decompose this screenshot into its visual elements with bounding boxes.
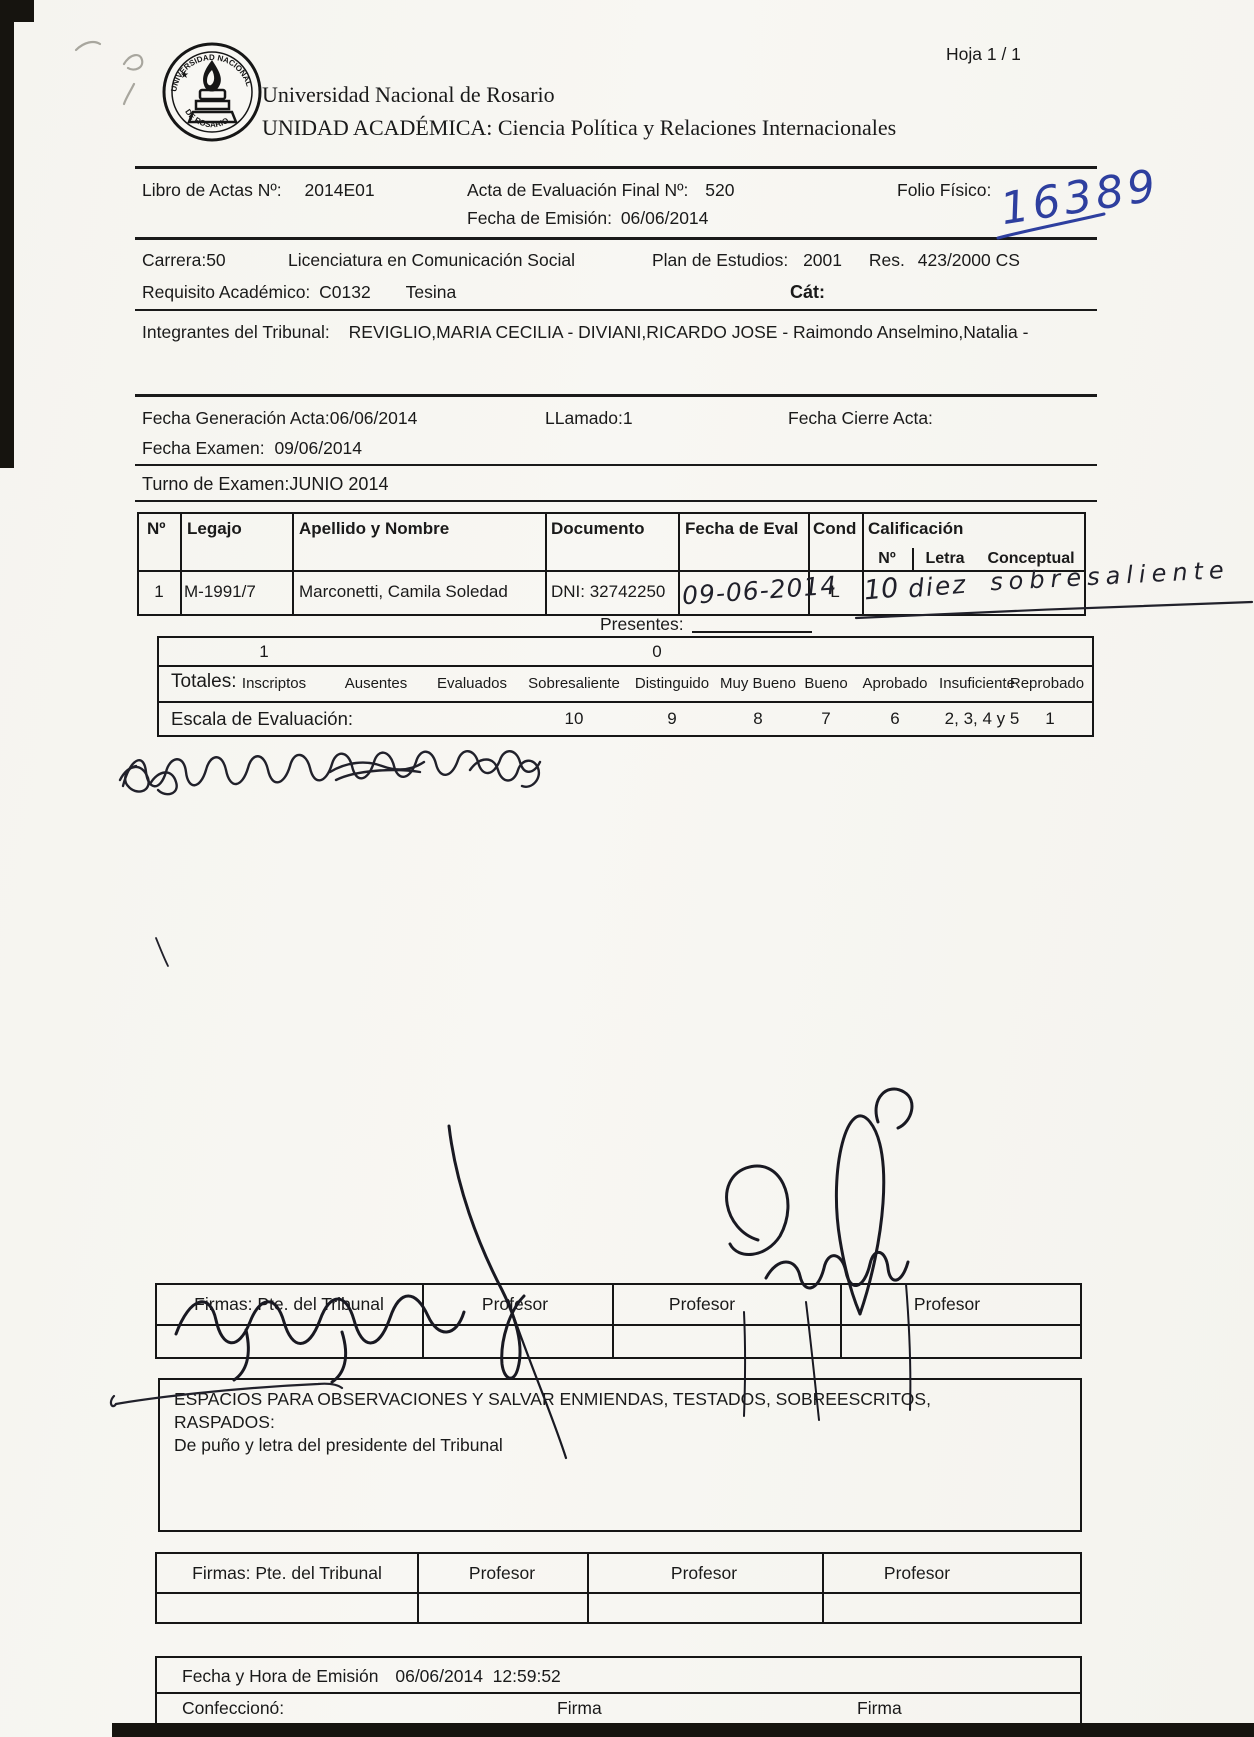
totales-col-reprobado: Reprobado xyxy=(1010,675,1084,692)
page-number: Hoja 1 / 1 xyxy=(946,44,1021,65)
col-header-legajo: Legajo xyxy=(187,519,242,539)
escala-valor-reprobado: 1 xyxy=(1045,709,1054,729)
row-documento: DNI: 32742250 xyxy=(551,582,665,602)
col-header-calificacion: Calificación xyxy=(868,519,963,539)
fecha-emision-value: 06/06/2014 xyxy=(621,208,709,228)
scan-edge-corner xyxy=(0,0,34,22)
presentes-underline xyxy=(692,631,812,633)
firmas-profesor-label: Profesor xyxy=(884,1563,950,1584)
llamado-value: 1 xyxy=(623,408,633,428)
fecha-cierre-label: Fecha Cierre Acta: xyxy=(788,408,933,429)
totales-col-insuficiente: Insuficiente xyxy=(939,675,1015,692)
emision-midline xyxy=(157,1692,1080,1694)
rule-e xyxy=(135,464,1097,466)
rule-f xyxy=(135,500,1097,502)
table-divider xyxy=(292,514,294,614)
col-header-fecha: Fecha de Eval xyxy=(685,519,798,539)
scan-edge-bottom xyxy=(112,1723,1254,1737)
fecha-examen: Fecha Examen: 09/06/2014 xyxy=(142,438,362,459)
firma-label: Firma xyxy=(557,1698,602,1719)
requisito-name: Tesina xyxy=(406,282,457,302)
firmas-table-1: Firmas: Pte. del Tribunal Profesor Profe… xyxy=(155,1283,1082,1359)
tribunal-members: REVIGLIO,MARIA CECILIA - DIVIANI,RICARDO… xyxy=(349,322,1029,342)
totales-col-inscriptos: Inscriptos xyxy=(242,675,306,692)
signature-right xyxy=(727,1089,912,1420)
llamado-label: LLamado: xyxy=(545,408,623,428)
turno-examen-label: Turno de Examen: xyxy=(142,474,289,494)
escala-valor-bueno: 7 xyxy=(821,709,830,729)
row-calif-letra-handwritten: diez xyxy=(907,569,969,603)
fecha-examen-value: 09/06/2014 xyxy=(274,438,362,458)
escala-valor-distinguido: 9 xyxy=(667,709,676,729)
firmas-divider xyxy=(422,1285,424,1357)
tribunal: Integrantes del Tribunal: REVIGLIO,MARIA… xyxy=(142,322,1028,343)
folio-fisico-label: Folio Físico: xyxy=(897,180,991,201)
rule-b xyxy=(135,237,1097,240)
emision-fecha-hora-value: 06/06/2014 12:59:52 xyxy=(395,1666,560,1686)
table-divider xyxy=(180,514,182,614)
margin-line-hook xyxy=(111,1396,116,1406)
fecha-generacion-value: 06/06/2014 xyxy=(330,408,418,428)
observaciones-box: ESPACIOS PARA OBSERVACIONES Y SALVAR ENM… xyxy=(158,1378,1082,1532)
totales-col-evaluados: Evaluados xyxy=(437,675,507,692)
requisito: Requisito Académico: C0132 Tesina xyxy=(142,282,456,303)
totales-label: Totales: xyxy=(171,671,236,693)
stray-tick xyxy=(156,938,168,966)
catedra-label: Cát: xyxy=(790,282,825,303)
turno-examen-value: JUNIO 2014 xyxy=(289,474,388,494)
row-n: 1 xyxy=(154,582,163,602)
col-header-calif-n: Nº xyxy=(878,550,895,568)
firmas-table-2: Firmas: Pte. del Tribunal Profesor Profe… xyxy=(155,1552,1082,1624)
col-header-n: Nº xyxy=(147,519,166,539)
emision-fecha-hora: Fecha y Hora de Emisión 06/06/2014 12:59… xyxy=(182,1666,561,1687)
escala-valor-muy-bueno: 8 xyxy=(753,709,762,729)
escala-valor-insuficiente: 2, 3, 4 y 5 xyxy=(945,709,1020,729)
firmas-midline xyxy=(157,1592,1080,1594)
summary-box: 1 0 Totales: Inscriptos Ausentes Evaluad… xyxy=(157,636,1094,737)
firmas-divider xyxy=(612,1285,614,1357)
firmas-divider xyxy=(822,1554,824,1622)
fecha-generacion: Fecha Generación Acta:06/06/2014 xyxy=(142,408,417,429)
rule-a xyxy=(135,166,1097,169)
presentes-inscriptos-value: 1 xyxy=(259,642,268,662)
totales-col-ausentes: Ausentes xyxy=(345,675,408,692)
plan-estudios: Plan de Estudios: 2001 Res. 423/2000 CS xyxy=(652,250,1020,271)
plan-label: Plan de Estudios: xyxy=(652,250,788,270)
presentes-presentes-value: 0 xyxy=(652,642,661,662)
rule-c xyxy=(135,309,1097,311)
col-header-calif-letra: Letra xyxy=(925,550,964,568)
presentes-label: Presentes: xyxy=(600,614,684,635)
fecha-emision-label: Fecha de Emisión: xyxy=(467,208,612,228)
llamado: LLamado:1 xyxy=(545,408,633,429)
firmas-midline xyxy=(157,1324,1080,1326)
firmas-divider xyxy=(587,1554,589,1622)
table-divider xyxy=(862,514,864,614)
col-header-nombre: Apellido y Nombre xyxy=(299,519,449,539)
totales-col-aprobado: Aprobado xyxy=(862,675,927,692)
observaciones-line1: ESPACIOS PARA OBSERVACIONES Y SALVAR ENM… xyxy=(174,1388,1080,1411)
summary-line xyxy=(159,701,1092,703)
requisito-code: C0132 xyxy=(319,282,371,302)
escala-valor-sobresaliente: 10 xyxy=(565,709,584,729)
escala-label: Escala de Evaluación: xyxy=(171,708,353,730)
emision-fecha-hora-label: Fecha y Hora de Emisión xyxy=(182,1666,378,1686)
folio-fisico-handwritten: 16389 xyxy=(997,160,1163,235)
table-subdivider xyxy=(912,548,914,570)
scanned-acta-page: UNIVERSIDAD NACIONAL DE ROSARIO ★ Univer… xyxy=(0,0,1254,1737)
escala-valor-aprobado: 6 xyxy=(890,709,899,729)
firmas-profesor-label: Profesor xyxy=(669,1294,735,1315)
acta-final-value: 520 xyxy=(705,180,734,200)
table-divider xyxy=(678,514,680,614)
rule-d xyxy=(135,394,1097,397)
carrera: Carrera:50 xyxy=(142,250,226,271)
firmas-divider xyxy=(840,1285,842,1357)
row-calif-n-handwritten: 10 xyxy=(863,573,900,607)
row-nombre: Marconetti, Camila Soledad xyxy=(299,582,508,602)
col-header-cond: Cond xyxy=(813,519,856,539)
totales-col-sobresaliente: Sobresaliente xyxy=(528,675,620,692)
firmas-profesor-label: Profesor xyxy=(671,1563,737,1584)
firma-label: Firma xyxy=(857,1698,902,1719)
observaciones-line2: RASPADOS: xyxy=(174,1411,1080,1434)
libro-actas-value: 2014E01 xyxy=(305,180,375,200)
carrera-name: Licenciatura en Comunicación Social xyxy=(288,250,575,271)
libro-actas-label: Libro de Actas Nº: xyxy=(142,180,282,200)
summary-line xyxy=(159,665,1092,667)
res-label: Res. xyxy=(869,250,905,270)
svg-text:★: ★ xyxy=(180,70,189,81)
turno-examen: Turno de Examen:JUNIO 2014 xyxy=(142,474,388,495)
confecciono-label: Confeccionó: xyxy=(182,1698,284,1719)
pencil-marks xyxy=(76,42,142,104)
carrera-label: Carrera: xyxy=(142,250,206,270)
firmas-profesor-label: Profesor xyxy=(914,1294,980,1315)
firmas-pte-label: Firmas: Pte. del Tribunal xyxy=(192,1563,382,1584)
emision-box: Fecha y Hora de Emisión 06/06/2014 12:59… xyxy=(155,1656,1082,1726)
firmas-profesor-label: Profesor xyxy=(482,1294,548,1315)
fecha-emision: Fecha de Emisión: 06/06/2014 xyxy=(467,208,708,229)
plan-value: 2001 xyxy=(803,250,842,270)
carrera-code: 50 xyxy=(206,250,225,270)
annotation-scribble xyxy=(120,751,540,794)
academic-unit: UNIDAD ACADÉMICA: Ciencia Política y Rel… xyxy=(262,115,896,141)
totales-col-muy-bueno: Muy Bueno xyxy=(720,675,796,692)
libro-actas: Libro de Actas Nº: 2014E01 xyxy=(142,180,375,201)
firmas-divider xyxy=(417,1554,419,1622)
tribunal-label: Integrantes del Tribunal: xyxy=(142,322,330,342)
fecha-generacion-label: Fecha Generación Acta: xyxy=(142,408,330,428)
scan-edge-left xyxy=(0,0,14,468)
res-value: 423/2000 CS xyxy=(918,250,1020,270)
unr-logo: UNIVERSIDAD NACIONAL DE ROSARIO ★ xyxy=(160,38,264,146)
fecha-examen-label: Fecha Examen: xyxy=(142,438,265,458)
observaciones-line3: De puño y letra del presidente del Tribu… xyxy=(174,1434,1080,1457)
firmas-pte-label: Firmas: Pte. del Tribunal xyxy=(194,1294,384,1315)
totales-col-bueno: Bueno xyxy=(804,675,847,692)
acta-final: Acta de Evaluación Final Nº: 520 xyxy=(467,180,734,201)
requisito-label: Requisito Académico: xyxy=(142,282,310,302)
firmas-profesor-label: Profesor xyxy=(469,1563,535,1584)
row-legajo: M-1991/7 xyxy=(184,582,256,602)
university-name: Universidad Nacional de Rosario xyxy=(262,82,555,108)
table-divider xyxy=(545,514,547,614)
acta-final-label: Acta de Evaluación Final Nº: xyxy=(467,180,688,200)
totales-col-distinguido: Distinguido xyxy=(635,675,709,692)
col-header-documento: Documento xyxy=(551,519,645,539)
